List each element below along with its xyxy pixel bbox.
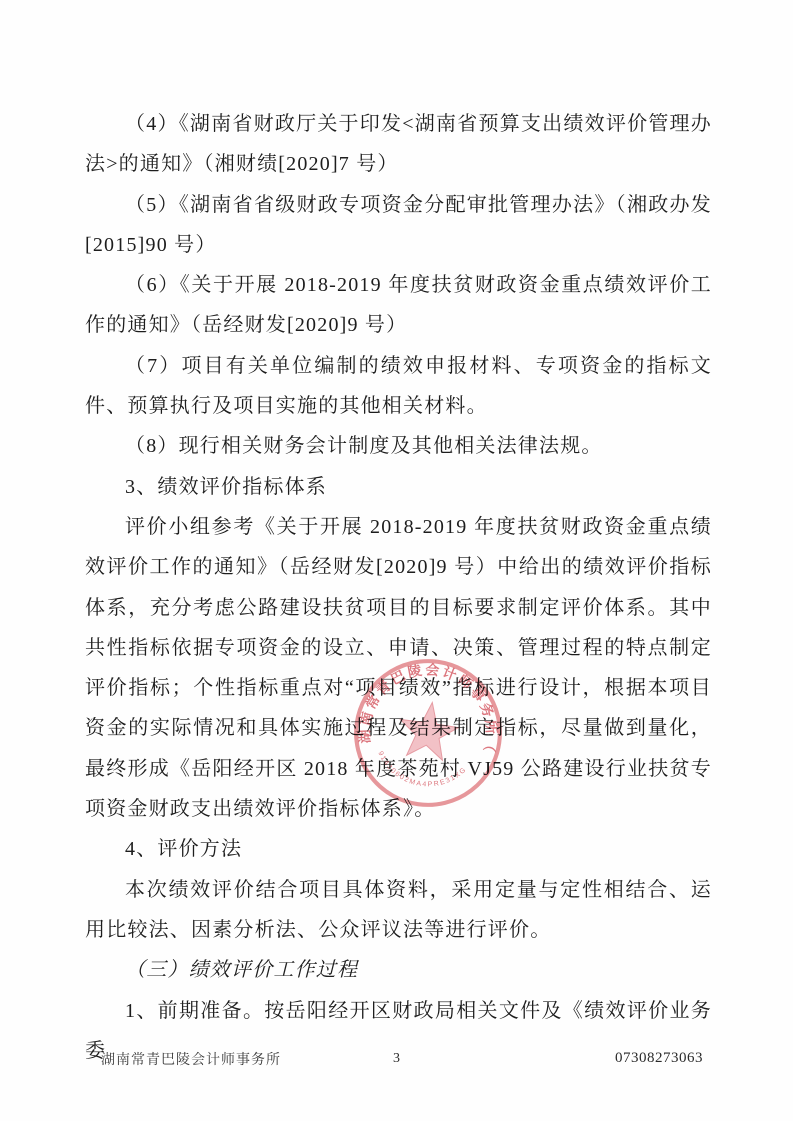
heading-indicator-system: 3、绩效评价指标体系	[85, 467, 712, 507]
paragraph-evaluation-method-body: 本次绩效评价结合项目具体资料，采用定量与定性相结合、运用比较法、因素分析法、公众…	[85, 870, 712, 951]
heading-work-process: （三）绩效评价工作过程	[85, 950, 712, 990]
paragraph-ref-8: （8）现行相关财务会计制度及其他相关法律法规。	[85, 426, 712, 466]
heading-evaluation-method: 4、评价方法	[85, 829, 712, 869]
paragraph-ref-6: （6）《关于开展 2018-2019 年度扶贫财政资金重点绩效评价工作的通知》（…	[85, 265, 712, 346]
paragraph-ref-5: （5）《湖南省省级财政专项资金分配审批管理办法》（湘政办发[2015]90 号）	[85, 185, 712, 266]
footer-phone-number: 07308273063	[615, 1050, 703, 1067]
paragraph-ref-4: （4）《湖南省财政厅关于印发<湖南省预算支出绩效评价管理办法>的通知》（湘财绩[…	[85, 104, 712, 185]
paragraph-indicator-system-body: 评价小组参考《关于开展 2018-2019 年度扶贫财政资金重点绩效评价工作的通…	[85, 507, 712, 829]
body-text: （4）《湖南省财政厅关于印发<湖南省预算支出绩效评价管理办法>的通知》（湘财绩[…	[85, 104, 712, 1071]
paragraph-ref-7: （7）项目有关单位编制的绩效申报材料、专项资金的指标文件、预算执行及项目实施的其…	[85, 346, 712, 427]
document-page: （4）《湖南省财政厅关于印发<湖南省预算支出绩效评价管理办法>的通知》（湘财绩[…	[0, 0, 793, 1121]
